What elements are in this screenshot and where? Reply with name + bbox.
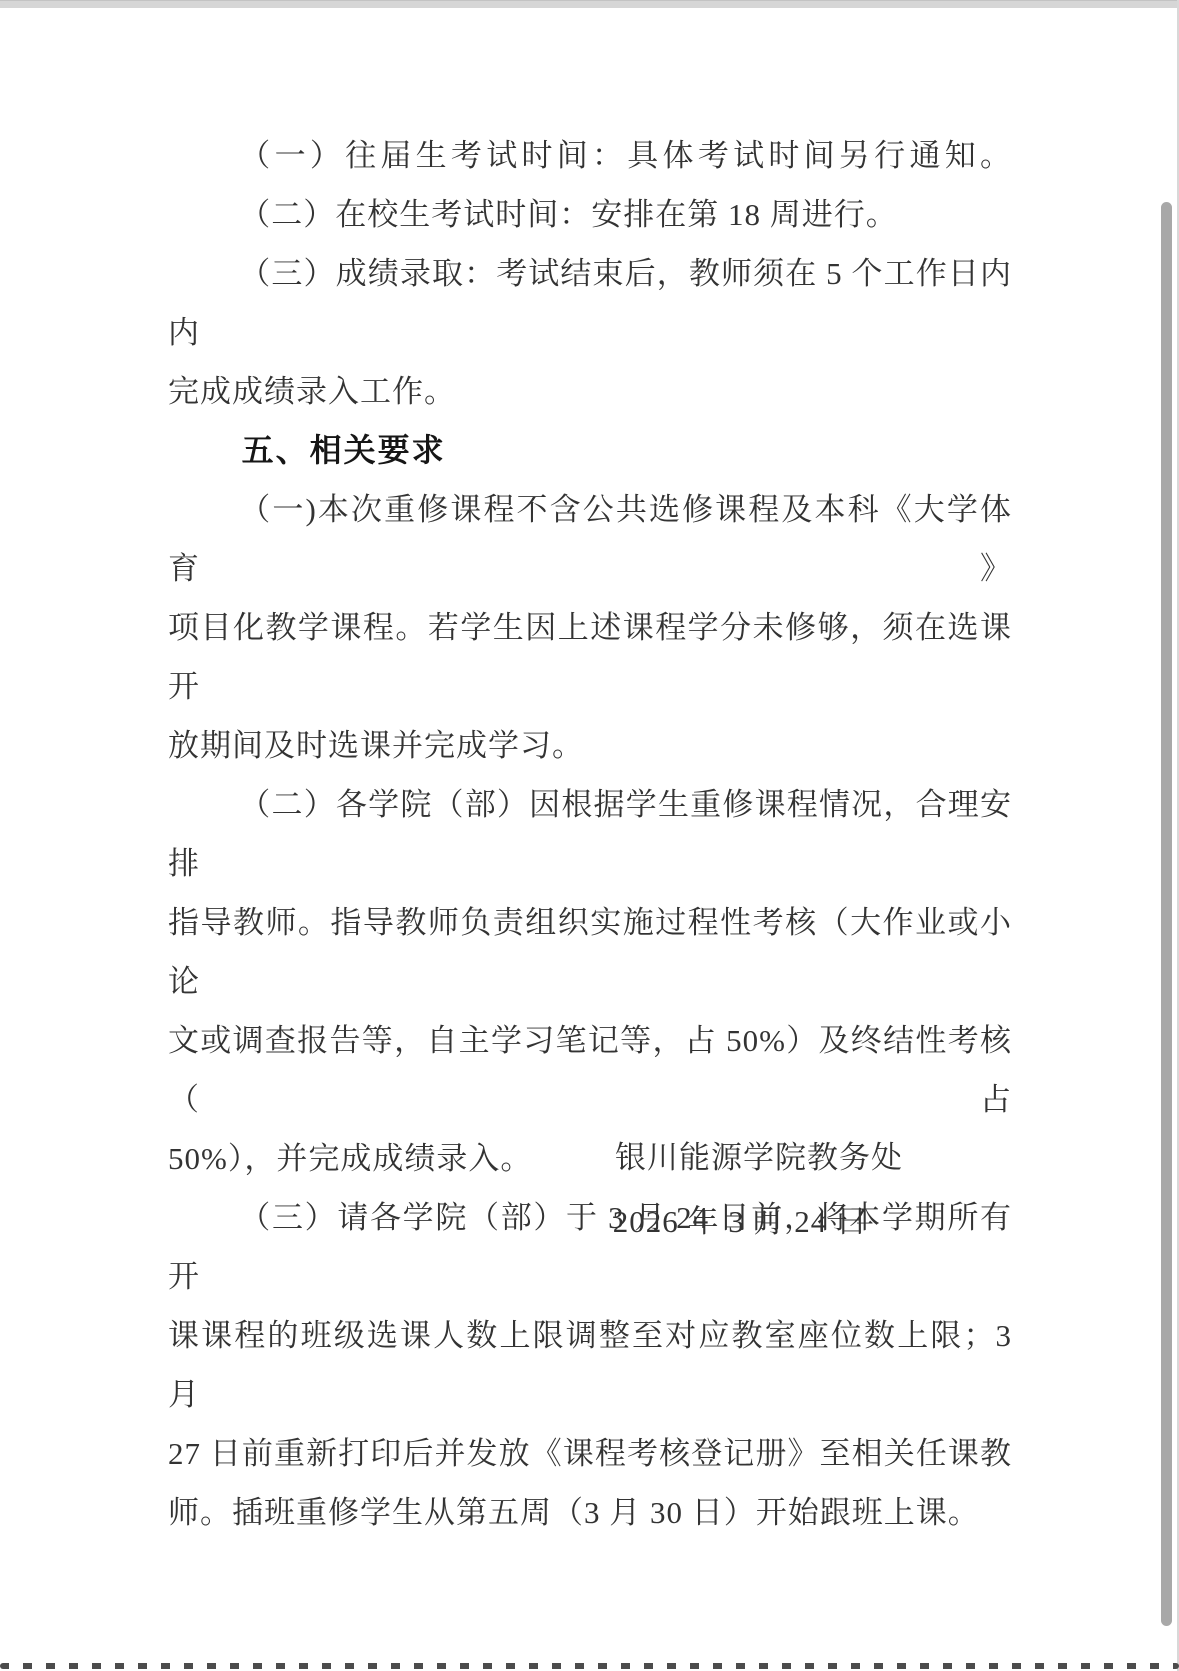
page-bottom-perforation <box>0 1663 1179 1669</box>
text-line: （二）各学院（部）因根据学生重修课程情况，合理安排 <box>168 775 1012 893</box>
text-line: （一)本次重修课程不含公共选修课程及本科《大学体育》 <box>168 480 1012 598</box>
text-line: 27 日前重新打印后并发放《课程考核登记册》至相关任课教 <box>168 1424 1012 1483</box>
document-viewer: （一）往届生考试时间：具体考试时间另行通知。（二）在校生考试时间：安排在第 18… <box>0 0 1179 1671</box>
page-top-edge <box>0 0 1179 8</box>
text-line: 文或调查报告等，自主学习笔记等，占 50%）及终结性考核（占 <box>168 1011 1012 1129</box>
section-heading: 五、相关要求 <box>168 421 1012 480</box>
text-line: （一）往届生考试时间：具体考试时间另行通知。 <box>168 126 1012 185</box>
text-line: （三）成绩录取：考试结束后，教师须在 5 个工作日内内 <box>168 244 1012 362</box>
text-line: （二）在校生考试时间：安排在第 18 周进行。 <box>168 185 1012 244</box>
text-line: 放期间及时选课并完成学习。 <box>168 716 1012 775</box>
scrollbar-thumb[interactable] <box>1161 202 1172 1626</box>
text-line: 完成成绩录入工作。 <box>168 362 1012 421</box>
signature-date: 2026 年 3 月 24 日 <box>613 1192 868 1251</box>
text-line: 课课程的班级选课人数上限调整至对应教室座位数上限；3 月 <box>168 1306 1012 1424</box>
document-body: （一）往届生考试时间：具体考试时间另行通知。（二）在校生考试时间：安排在第 18… <box>168 126 1012 1542</box>
text-line: 师。插班重修学生从第五周（3 月 30 日）开始跟班上课。 <box>168 1483 1012 1542</box>
signature-org: 银川能源学院教务处 <box>615 1128 903 1187</box>
text-line: （三）请各学院（部）于 3 月 24 日前，将本学期所有开 <box>168 1188 1012 1306</box>
text-line: 项目化教学课程。若学生因上述课程学分未修够，须在选课开 <box>168 598 1012 716</box>
text-line: 指导教师。指导教师负责组织实施过程性考核（大作业或小论 <box>168 893 1012 1011</box>
